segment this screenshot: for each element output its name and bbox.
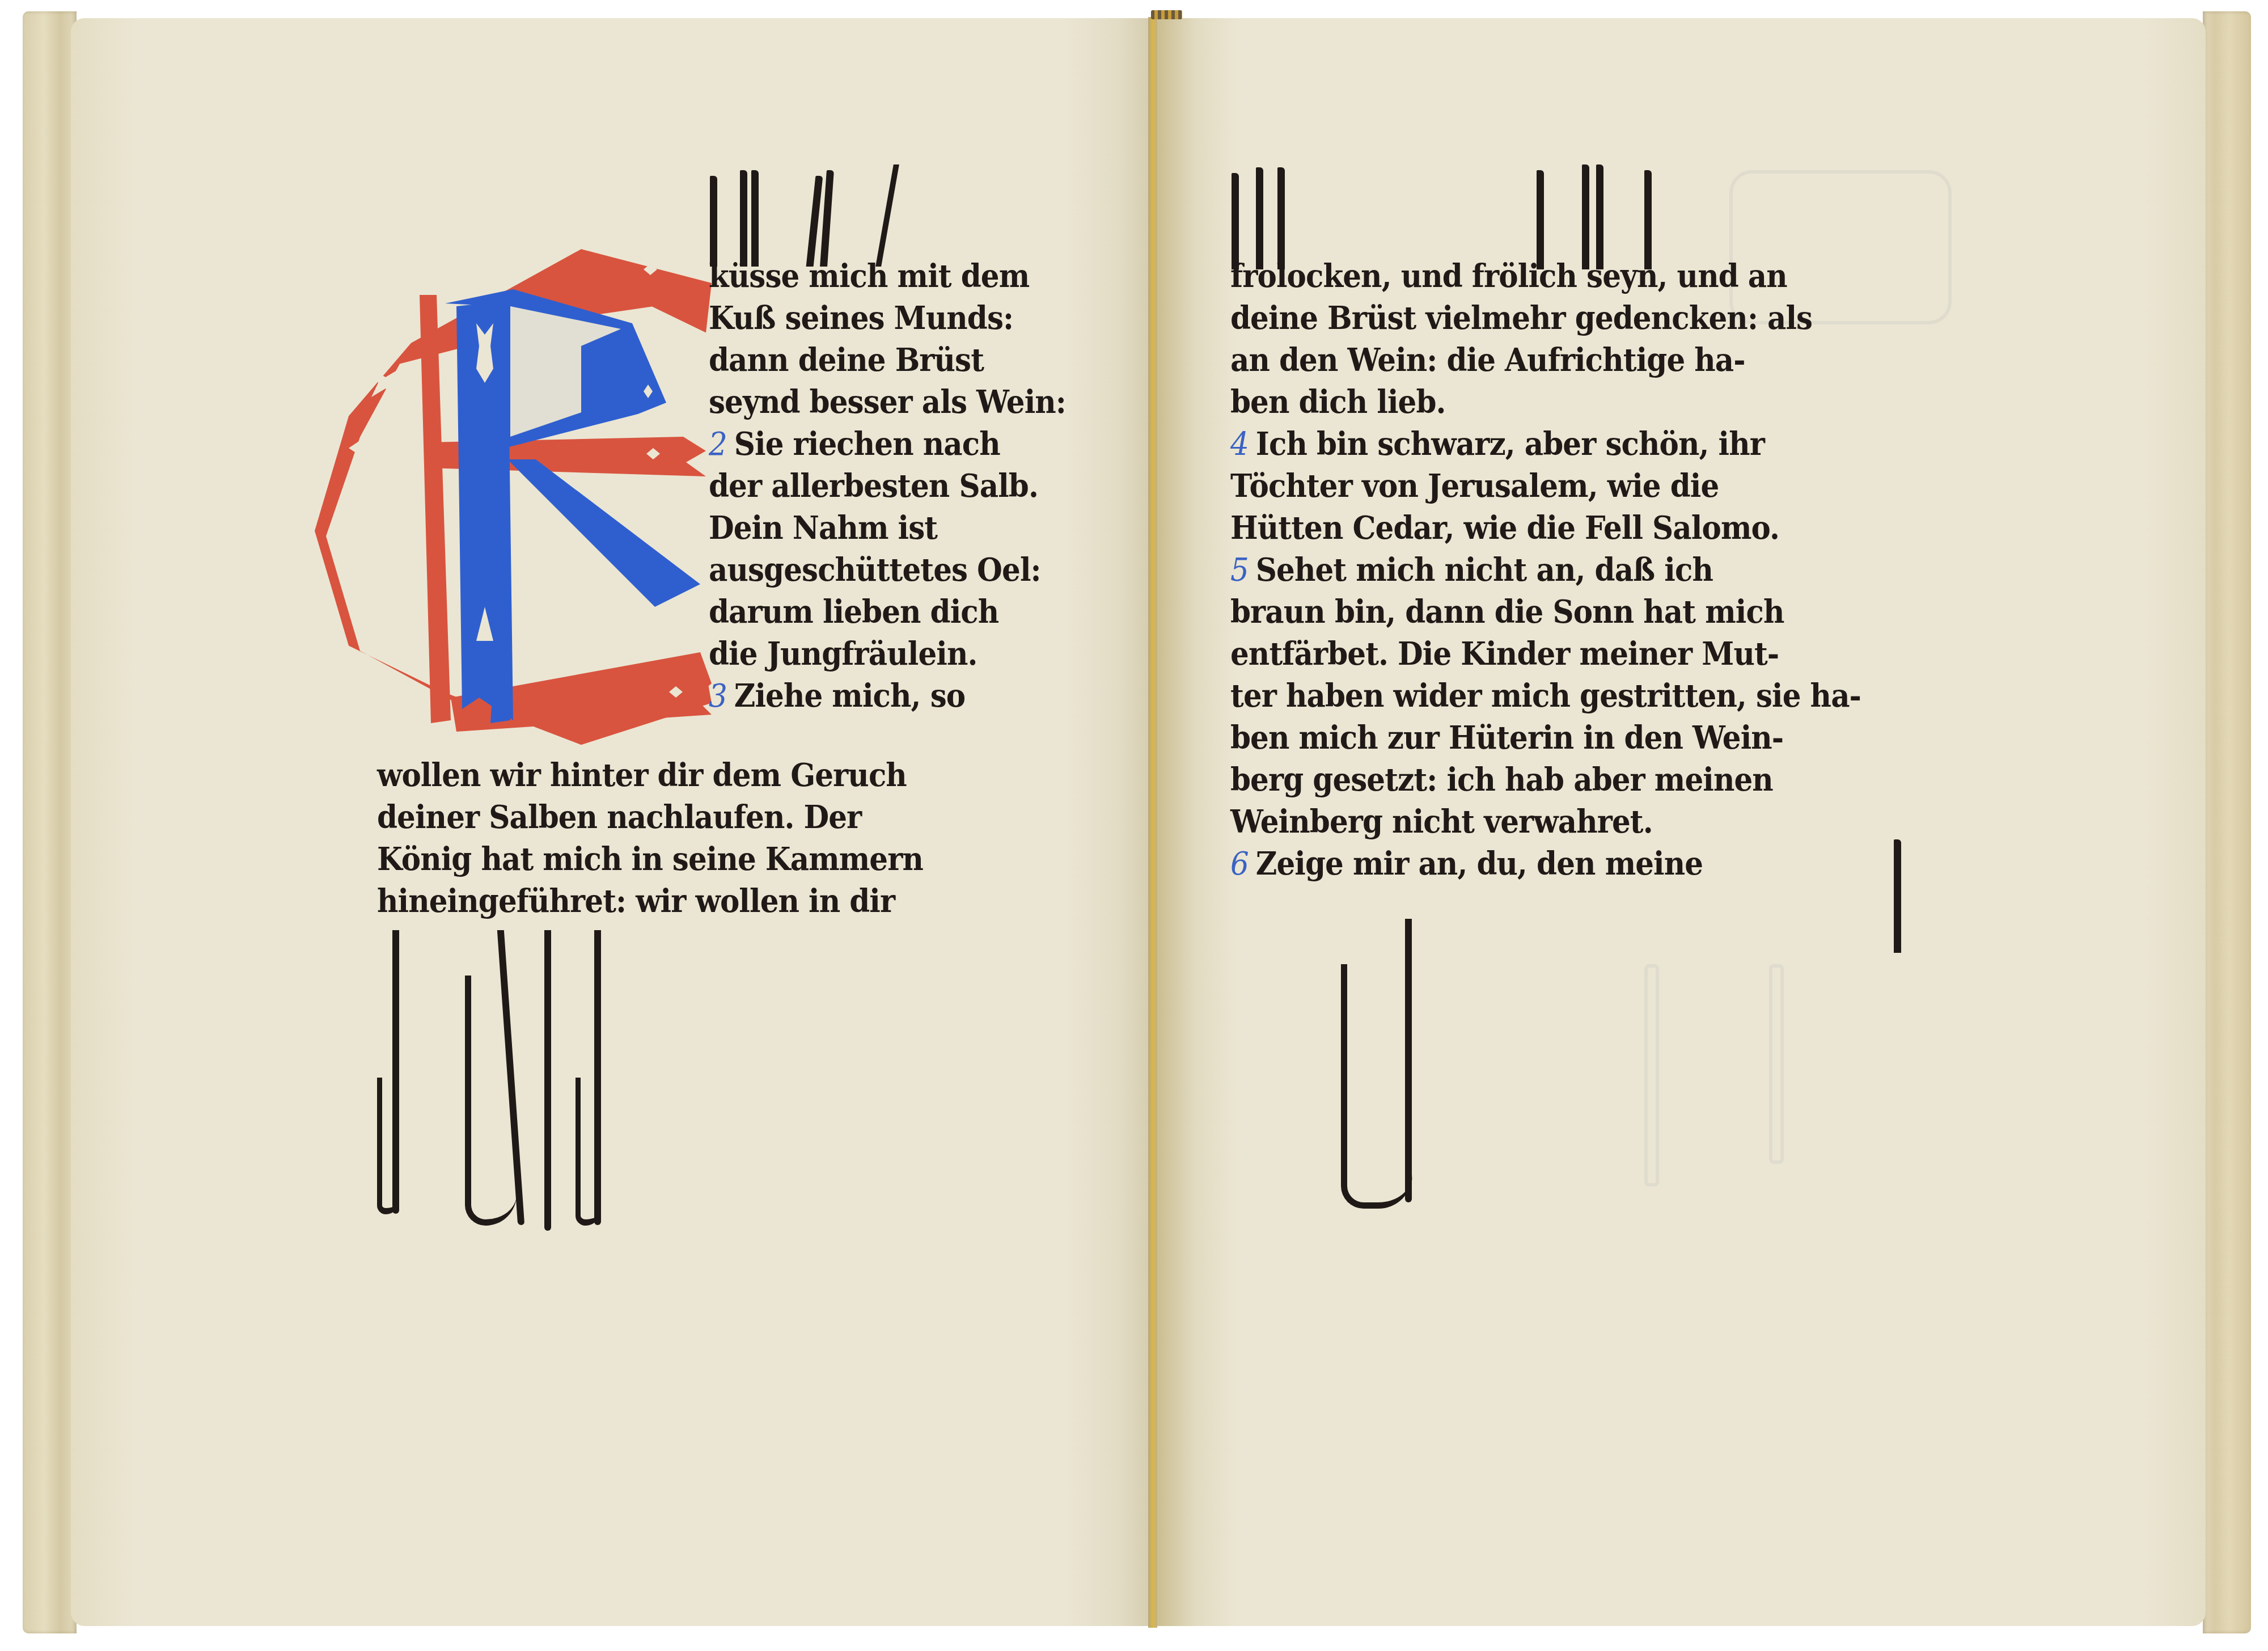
- text-line: darum lieben dich: [709, 591, 1084, 633]
- verse-line: 4Ich bin schwarz, aber schön, ihr: [1230, 423, 1872, 465]
- left-page-text-beside-initial: küsse mich mit dem Kuß seines Munds: dan…: [709, 255, 1117, 717]
- text-line: entfärbet. Die Kinder meiner Mut-: [1230, 633, 1872, 675]
- text-line: ausgeschüttetes Oel:: [709, 549, 1084, 591]
- text-line: küsse mich mit dem: [709, 255, 1084, 297]
- text-line: ben mich zur Hüterin in den Wein-: [1230, 717, 1872, 759]
- text-line: König hat mich in seine Kammern: [377, 838, 1055, 880]
- verse-number: 6: [1230, 846, 1249, 882]
- text-line: berg gesetzt: ich hab aber meinen: [1230, 759, 1872, 801]
- text-line: Hütten Cedar, wie die Fell Salomo.: [1230, 507, 1872, 549]
- headband: [1151, 10, 1182, 19]
- verse-number: 2: [709, 426, 727, 463]
- book-gutter: [1148, 17, 1157, 1628]
- text-line: ter haben wider mich gestritten, sie ha-: [1230, 675, 1872, 717]
- verse-number: 3: [709, 678, 727, 715]
- text-line: dann deine Brüst: [709, 339, 1084, 381]
- text-line: Dein Nahm ist: [709, 507, 1084, 549]
- text-line: ben dich lieb.: [1230, 381, 1872, 423]
- text-line: Kuß seines Munds:: [709, 297, 1084, 339]
- initial-c-r-icon: [315, 244, 712, 749]
- text-line: wollen wir hinter dir dem Geruch: [377, 754, 1055, 796]
- text-line: der allerbesten Salb.: [709, 465, 1084, 507]
- show-through-mark: [1644, 964, 1659, 1186]
- book-cover-right-edge: [2203, 11, 2251, 1633]
- verse-number: 5: [1230, 552, 1249, 589]
- verse-text: Zeige mir an, du, den meine: [1256, 845, 1703, 882]
- verse-text: Sehet mich nicht an, daß ich: [1256, 551, 1713, 589]
- left-page-text-full-width: wollen wir hinter dir dem Geruch deiner …: [377, 754, 1114, 922]
- book-cover-left-edge: [23, 11, 77, 1633]
- text-line: seynd besser als Wein:: [709, 381, 1084, 423]
- text-line: hineingeführet: wir wollen in dir: [377, 880, 1055, 922]
- text-line: deine Brüst vielmehr gedencken: als: [1230, 297, 1872, 339]
- show-through-mark: [1769, 964, 1784, 1164]
- text-line: deiner Salben nachlaufen. Der: [377, 796, 1055, 838]
- text-line: die Jungfräulein.: [709, 633, 1084, 675]
- text-line: frolocken, und frölich seyn, und an: [1230, 255, 1872, 297]
- verse-text: Ziehe mich, so: [734, 677, 965, 715]
- text-line: Töchter von Jerusalem, wie die: [1230, 465, 1872, 507]
- text-line: braun bin, dann die Sonn hat mich: [1230, 591, 1872, 633]
- verse-text: Sie riechen nach: [734, 425, 1000, 463]
- text-line: Weinberg nicht verwahret.: [1230, 801, 1872, 843]
- right-page-text: frolocken, und frölich seyn, und an dein…: [1230, 255, 1928, 885]
- verse-line: 2Sie riechen nach: [709, 423, 1084, 465]
- verse-line: 3Ziehe mich, so: [709, 675, 1084, 717]
- verse-line: 5Sehet mich nicht an, daß ich: [1230, 549, 1872, 591]
- verse-text: Ich bin schwarz, aber schön, ihr: [1256, 425, 1765, 463]
- text-line: an den Wein: die Aufrichtige ha-: [1230, 339, 1872, 381]
- decorated-initial: [315, 244, 712, 749]
- verse-line: 6Zeige mir an, du, den meine: [1230, 843, 1872, 885]
- verse-number: 4: [1230, 426, 1249, 463]
